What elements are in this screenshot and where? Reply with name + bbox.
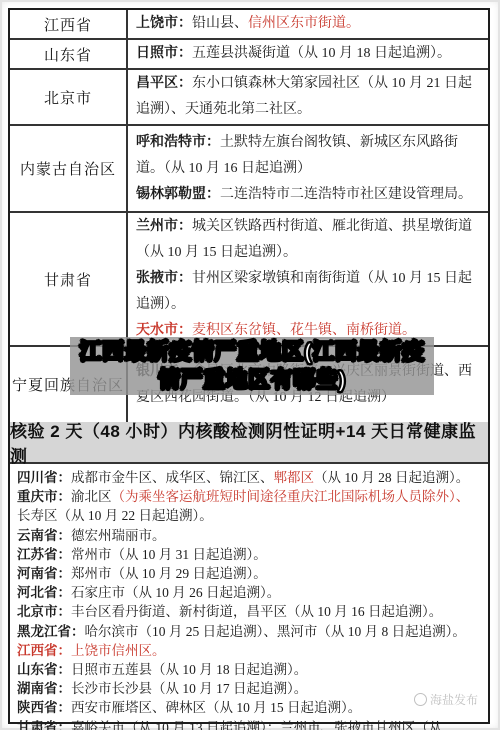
text-segment: 黑龙江省： bbox=[17, 624, 85, 639]
text-segment: 德宏州瑞丽市。 bbox=[71, 528, 166, 543]
province-list-entry: 江西省：上饶市信州区。 bbox=[17, 641, 482, 660]
text-segment: 五莲县洪凝街道（从 10 月 18 日起追溯）。 bbox=[192, 46, 451, 61]
province-name-cell: 甘肃省 bbox=[10, 213, 128, 345]
province-list-entry: 四川省：成都市金牛区、成华区、锦江区、郫都区（从 10 月 28 日起追溯）。 bbox=[17, 468, 482, 487]
region-entry: 日照市：五莲县洪凝街道（从 10 月 18 日起追溯）。 bbox=[136, 41, 484, 67]
province-list-entry: 河南省：郑州市（从 10 月 29 日起追溯）。 bbox=[17, 564, 482, 583]
region-row: 江西省上饶市：铅山县、信州区东市街道。 bbox=[10, 10, 488, 40]
text-segment: 丰台区看丹街道、新村街道，昌平区（从 10 月 16 日起追溯）。 bbox=[71, 604, 442, 619]
region-entry: 兰州市：城关区铁路西村街道、雁北街道、拱星墩街道（从 10 月 15 日起追溯）… bbox=[136, 214, 484, 266]
text-segment: 郫都区 bbox=[274, 470, 315, 485]
province-list-entry: 云南省：德宏州瑞丽市。 bbox=[17, 526, 482, 545]
text-segment: 湖南省： bbox=[17, 681, 71, 696]
text-segment: 西安市雁塔区、碑林区（从 10 月 15 日起追溯）。 bbox=[71, 700, 361, 715]
text-segment: 上饶市： bbox=[136, 16, 192, 31]
region-row: 内蒙古自治区呼和浩特市：土默特左旗台阁牧镇、新城区东风路街道。（从 10 月 1… bbox=[10, 126, 488, 213]
region-detail-cell: 昌平区：东小口镇森林大第家园社区（从 10 月 21 日起追溯）、天通苑北第二社… bbox=[128, 70, 488, 124]
text-segment: （为乘坐客运航班短时间途径重庆江北国际机场人员除外）、 bbox=[112, 489, 470, 504]
text-segment: 重庆市： bbox=[17, 489, 71, 504]
text-segment: 兰州市： bbox=[136, 219, 192, 234]
text-segment: （从 10 月 28 日起追溯）。 bbox=[314, 470, 469, 485]
text-segment: 渝北区 bbox=[71, 489, 112, 504]
text-segment: 张掖市： bbox=[136, 271, 192, 286]
region-detail-cell: 上饶市：铅山县、信州区东市街道。 bbox=[128, 10, 488, 38]
text-segment: 江西省： bbox=[17, 643, 71, 658]
province-name-cell: 山东省 bbox=[10, 40, 128, 68]
province-list-entry: 甘肃省：嘉峪关市（从 10 月 13 日起追溯）；兰州市、张掖市甘州区（从 bbox=[17, 718, 482, 730]
overlay-headline: 江西最新疫情严重地区(江西最新疫情严重地区有哪些) bbox=[70, 337, 434, 395]
region-entry: 呼和浩特市：土默特左旗台阁牧镇、新城区东风路街道。（从 10 月 16 日起追溯… bbox=[136, 130, 484, 182]
text-segment: 哈尔滨市（10 月 25 日起追溯）、黑河市（从 10 月 8 日起追溯）。 bbox=[85, 624, 466, 639]
text-segment: 成都市金牛区、成华区、锦江区、 bbox=[71, 470, 274, 485]
text-segment: 锡林郭勒盟： bbox=[136, 187, 220, 202]
watermark: 海盐发布 bbox=[414, 691, 478, 708]
text-segment: 麦积区东岔镇、花牛镇、南桥街道。 bbox=[192, 323, 416, 338]
province-list-entry: 河北省：石家庄市（从 10 月 26 日起追溯）。 bbox=[17, 583, 482, 602]
text-segment: 铅山县、 bbox=[192, 16, 248, 31]
province-list-entry: 北京市：丰台区看丹街道、新村街道，昌平区（从 10 月 16 日起追溯）。 bbox=[17, 602, 482, 621]
text-segment: 河南省： bbox=[17, 566, 71, 581]
text-segment: 郑州市（从 10 月 29 日起追溯）。 bbox=[71, 566, 267, 581]
text-segment: 甘肃省： bbox=[17, 720, 71, 730]
text-segment: 江苏省： bbox=[17, 547, 71, 562]
province-name-cell: 内蒙古自治区 bbox=[10, 126, 128, 211]
province-list-entry: 山东省：日照市五莲县（从 10 月 18 日起追溯）。 bbox=[17, 660, 482, 679]
province-name-cell: 江西省 bbox=[10, 10, 128, 38]
text-segment: 天水市： bbox=[136, 323, 192, 338]
text-segment: 北京市： bbox=[17, 604, 71, 619]
region-entry: 上饶市：铅山县、信州区东市街道。 bbox=[136, 11, 484, 37]
province-list-entry: 重庆市：渝北区（为乘坐客运航班短时间途径重庆江北国际机场人员除外）、长寿区（从 … bbox=[17, 487, 482, 525]
region-entry: 昌平区：东小口镇森林大第家园社区（从 10 月 21 日起追溯）、天通苑北第二社… bbox=[136, 71, 484, 123]
text-segment: 日照市五莲县（从 10 月 18 日起追溯）。 bbox=[71, 662, 307, 677]
text-segment: 嘉峪关市（从 10 月 13 日起追溯）；兰州市、张掖市甘州区（从 bbox=[71, 720, 442, 730]
region-detail-cell: 日照市：五莲县洪凝街道（从 10 月 18 日起追溯）。 bbox=[128, 40, 488, 68]
province-list-entry: 陕西省：西安市雁塔区、碑林区（从 10 月 15 日起追溯）。 bbox=[17, 698, 482, 717]
text-segment: 昌平区： bbox=[136, 76, 192, 91]
text-segment: 云南省： bbox=[17, 528, 71, 543]
text-segment: 石家庄市（从 10 月 26 日起追溯）。 bbox=[71, 585, 280, 600]
province-list-entry: 湖南省：长沙市长沙县（从 10 月 17 日起追溯）。 bbox=[17, 679, 482, 698]
region-detail-cell: 兰州市：城关区铁路西村街道、雁北街道、拱星墩街道（从 10 月 15 日起追溯）… bbox=[128, 213, 488, 345]
notice-bar: 核验 2 天（48 小时）内核酸检测阴性证明+14 天日常健康监测 bbox=[10, 422, 488, 464]
text-segment: 河北省： bbox=[17, 585, 71, 600]
region-row: 山东省日照市：五莲县洪凝街道（从 10 月 18 日起追溯）。 bbox=[10, 40, 488, 70]
region-entry: 锡林郭勒盟：二连浩特市二连浩特市社区建设管理局。 bbox=[136, 182, 484, 208]
notice-bar-text: 核验 2 天（48 小时）内核酸检测阴性证明+14 天日常健康监测 bbox=[10, 417, 488, 467]
epidemic-notice-sheet: 江西省上饶市：铅山县、信州区东市街道。山东省日照市：五莲县洪凝街道（从 10 月… bbox=[8, 8, 490, 724]
province-list-entry: 江苏省：常州市（从 10 月 31 日起追溯）。 bbox=[17, 545, 482, 564]
region-detail-cell: 呼和浩特市：土默特左旗台阁牧镇、新城区东风路街道。（从 10 月 16 日起追溯… bbox=[128, 129, 488, 209]
text-segment: 日照市： bbox=[136, 46, 192, 61]
text-segment: 陕西省： bbox=[17, 700, 71, 715]
text-segment: 四川省： bbox=[17, 470, 71, 485]
text-segment: 上饶市信州区。 bbox=[71, 643, 166, 658]
region-entry: 张掖市：甘州区梁家墩镇和南街街道（从 10 月 15 日起追溯）。 bbox=[136, 266, 484, 318]
province-name-cell: 北京市 bbox=[10, 70, 128, 124]
region-row: 甘肃省兰州市：城关区铁路西村街道、雁北街道、拱星墩街道（从 10 月 15 日起… bbox=[10, 213, 488, 347]
text-segment: 常州市（从 10 月 31 日起追溯）。 bbox=[71, 547, 267, 562]
text-segment: 呼和浩特市： bbox=[136, 135, 220, 150]
text-segment: 山东省： bbox=[17, 662, 71, 677]
document-page: 江西省上饶市：铅山县、信州区东市街道。山东省日照市：五莲县洪凝街道（从 10 月… bbox=[0, 0, 500, 730]
text-segment: 长沙市长沙县（从 10 月 17 日起追溯）。 bbox=[71, 681, 307, 696]
watermark-text: 海盐发布 bbox=[430, 691, 478, 708]
region-row: 北京市昌平区：东小口镇森林大第家园社区（从 10 月 21 日起追溯）、天通苑北… bbox=[10, 70, 488, 126]
watermark-logo-icon bbox=[414, 693, 427, 706]
text-segment: 二连浩特市二连浩特市社区建设管理局。 bbox=[220, 187, 472, 202]
province-list-entry: 黑龙江省：哈尔滨市（10 月 25 日起追溯）、黑河市（从 10 月 8 日起追… bbox=[17, 622, 482, 641]
text-segment: 长寿区（从 10 月 22 日起追溯）。 bbox=[17, 508, 213, 523]
text-segment: 信州区东市街道。 bbox=[248, 16, 360, 31]
